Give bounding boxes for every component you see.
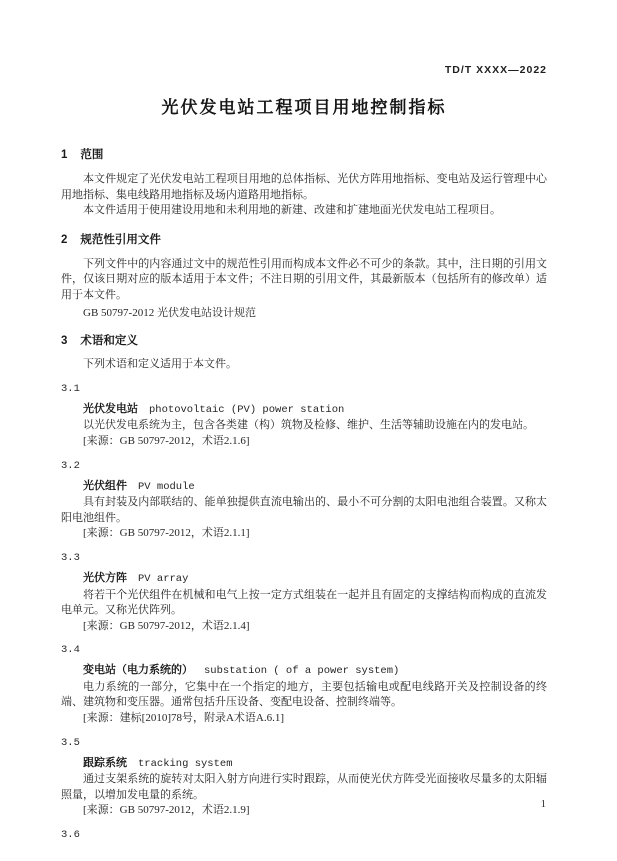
term-name-cn: 光伏方阵 [83, 572, 127, 584]
scope-paragraph-1: 本文件规定了光伏发电站工程项目用地的总体指标、光伏方阵用地指标、变电站及运行管理… [61, 172, 547, 203]
section-normative-references-heading: 2规范性引用文件 [61, 233, 547, 248]
term-definition: 将若干个光伏组件在机械和电气上按一定方式组装在一起并且有固定的支撑结构而构成的直… [61, 588, 547, 619]
section-scope-heading: 1范围 [61, 148, 547, 163]
term-entry: 3.3 光伏方阵PV array 将若干个光伏组件在机械和电气上按一定方式组装在… [61, 552, 547, 634]
term-name-cn: 光伏发电站 [83, 403, 138, 415]
term-number: 3.5 [61, 737, 547, 750]
section-heading-label: 范围 [80, 149, 103, 161]
term-heading: 跟踪系统tracking system [61, 756, 547, 773]
page-content: TD/T XXXX—2022 光伏发电站工程项目用地控制指标 1范围 本文件规定… [0, 0, 617, 842]
section-normative-references: 2规范性引用文件 下列文件中的内容通过文中的规范性引用而构成本文件必不可少的条款… [61, 233, 547, 321]
term-name-en: photovoltaic (PV) power station [149, 404, 344, 416]
term-source: [来源：建标[2010]78号，附录A术语A.6.1] [61, 711, 547, 727]
term-name-en: substation ( of a power system) [204, 665, 399, 677]
term-source: [来源：GB 50797-2012，术语2.1.9] [61, 803, 547, 819]
term-entry: 3.5 跟踪系统tracking system 通过支架系统的旋转对太阳入射方向… [61, 737, 547, 819]
section-heading-label: 规范性引用文件 [80, 234, 161, 246]
term-heading: 光伏方阵PV array [61, 571, 547, 588]
term-source: [来源：GB 50797-2012，术语2.1.6] [61, 434, 547, 450]
term-number: 3.4 [61, 644, 547, 657]
term-name-cn: 跟踪系统 [83, 757, 127, 769]
term-definition: 电力系统的一部分，它集中在一个指定的地方，主要包括输电或配电线路开关及控制设备的… [61, 680, 547, 711]
term-source: [来源：GB 50797-2012，术语2.1.1] [61, 526, 547, 542]
term-entry: 3.1 光伏发电站photovoltaic (PV) power station… [61, 383, 547, 450]
section-number: 2 [61, 233, 67, 248]
normative-references-paragraph: 下列文件中的内容通过文中的规范性引用而构成本文件必不可少的条款。其中，注日期的引… [61, 257, 547, 304]
term-entry: 3.6 [61, 829, 547, 842]
term-heading: 变电站（电力系统的）substation ( of a power system… [61, 663, 547, 680]
term-heading: 光伏发电站photovoltaic (PV) power station [61, 402, 547, 419]
term-name-en: tracking system [138, 758, 233, 770]
term-definition: 以光伏发电系统为主，包含各类建（构）筑物及检修、维护、生活等辅助设施在内的发电站… [61, 418, 547, 434]
section-number: 3 [61, 334, 67, 349]
term-source: [来源：GB 50797-2012，术语2.1.4] [61, 619, 547, 635]
term-number: 3.3 [61, 552, 547, 565]
referenced-standard: GB 50797-2012 光伏发电站设计规范 [61, 306, 547, 322]
page-title: 光伏发电站工程项目用地控制指标 [61, 93, 547, 118]
terms-intro: 下列术语和定义适用于本文件。 [61, 357, 547, 373]
page-number: 1 [541, 799, 546, 810]
document-page: TD/T XXXX—2022 光伏发电站工程项目用地控制指标 1范围 本文件规定… [0, 0, 617, 861]
term-entry: 3.4 变电站（电力系统的）substation ( of a power sy… [61, 644, 547, 726]
term-name-cn: 变电站（电力系统的） [83, 664, 193, 676]
term-number: 3.2 [61, 460, 547, 473]
doc-number: TD/T XXXX—2022 [61, 64, 547, 76]
term-number: 3.6 [61, 829, 547, 842]
section-number: 1 [61, 148, 67, 163]
section-scope: 1范围 本文件规定了光伏发电站工程项目用地的总体指标、光伏方阵用地指标、变电站及… [61, 148, 547, 219]
term-definition: 通过支架系统的旋转对太阳入射方向进行实时跟踪，从而使光伏方阵受光面接收尽量多的太… [61, 772, 547, 803]
term-name-en: PV array [138, 573, 188, 585]
term-entry: 3.2 光伏组件PV module 具有封装及内部联结的、能单独提供直流电输出的… [61, 460, 547, 542]
scope-paragraph-2: 本文件适用于使用建设用地和未利用地的新建、改建和扩建地面光伏发电站工程项目。 [61, 203, 547, 219]
section-heading-label: 术语和定义 [80, 335, 138, 347]
term-definition: 具有封装及内部联结的、能单独提供直流电输出的、最小不可分割的太阳电池组合装置。又… [61, 495, 547, 526]
term-number: 3.1 [61, 383, 547, 396]
section-terms-heading: 3术语和定义 [61, 334, 547, 349]
term-name-en: PV module [138, 481, 195, 493]
section-terms-and-definitions: 3术语和定义 下列术语和定义适用于本文件。 3.1 光伏发电站photovolt… [61, 334, 547, 842]
term-name-cn: 光伏组件 [83, 480, 127, 492]
term-heading: 光伏组件PV module [61, 479, 547, 496]
